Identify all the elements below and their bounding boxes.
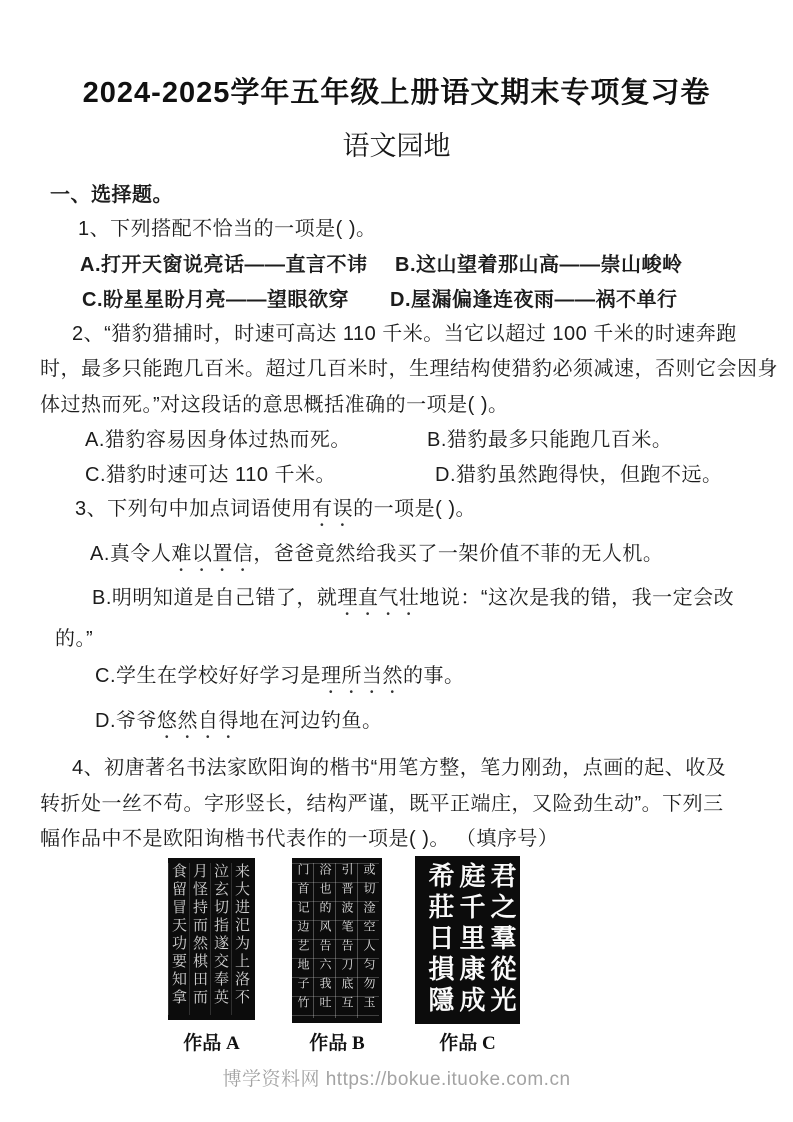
calligraphy-column: 浴也的风告六我吐	[313, 863, 335, 1018]
paper-subtitle: 语文园地	[0, 124, 793, 163]
calligraphy-image-work-b: 或切淦空人匀勿玉 引晋波笔告刀底互 浴也的风告六我吐 门首记边艺地子竹	[292, 858, 382, 1023]
site-watermark: 博学资料网 https://bokue.ituoke.com.cn	[0, 1064, 793, 1091]
q3-stem-pre: 3、下列句中加点词语使用	[75, 498, 312, 520]
work-c-label: 作品 C	[415, 1028, 520, 1055]
q4-line1: 4、初唐著名书法家欧阳询的楷书“用笔方整，笔力刚劲，点画的起、收及	[72, 751, 726, 780]
q1-option-a: A.打开天窗说亮话——直言不讳	[80, 248, 368, 277]
calligraphy-image-work-c: 君之羣從光 庭千里康成 希莊日損隱	[415, 856, 520, 1024]
q2-line2: 时，最多只能跑几百米。超过几百米时，生理结构使猎豹必须减速，否则它会因身	[40, 352, 778, 381]
q1-option-b: B.这山望着那山高——崇山峻岭	[395, 248, 683, 277]
q3-c-pre: C.学生在学校好好学习是	[95, 665, 321, 687]
paper-title: 2024-2025学年五年级上册语文期末专项复习卷	[0, 70, 793, 111]
calligraphy-image-work-a: 来大进汜为上洛不 泣玄切指遂交奉英 月怪持而然棋田而 食留冒天功要知拿	[168, 858, 255, 1020]
work-b-label: 作品 B	[292, 1028, 382, 1055]
q3-a-dotted-word: 难以置信	[171, 543, 253, 565]
q2-option-a: A.猎豹容易因身体过热而死。	[85, 423, 351, 452]
q3-d-pre: D.爷爷	[95, 710, 157, 732]
q3-b-pre: B.明明知道是自己错了，就	[92, 587, 337, 609]
q3-option-b: B.明明知道是自己错了，就理直气壮地说：“这次是我的错，我一定会改	[92, 581, 734, 620]
q2-option-b: B.猎豹最多只能跑几百米。	[427, 423, 672, 452]
q3-option-b-continuation: 的。”	[55, 622, 93, 651]
q4-line2: 转折处一丝不苟。字形竖长，结构严谨，既平正端庄，又险劲生动”。下列三	[40, 787, 724, 816]
calligraphy-column: 庭千里康成	[454, 862, 485, 1018]
q3-option-c: C.学生在学校好好学习是理所当然的事。	[95, 659, 465, 698]
q4-line3: 幅作品中不是欧阳询楷书代表作的一项是( )。 （填序号）	[40, 822, 558, 851]
q3-a-post: ，爸爸竟然给我买了一架价值不菲的无人机。	[253, 543, 663, 565]
calligraphy-column: 来大进汜为上洛不	[231, 863, 252, 1015]
calligraphy-column: 门首记边艺地子竹	[292, 863, 313, 1018]
calligraphy-column: 月怪持而然棋田而	[189, 863, 210, 1015]
q3-c-dotted-word: 理所当然	[321, 665, 403, 687]
q3-d-dotted-word: 悠然自得	[157, 710, 239, 732]
q3-a-pre: A.真令人	[90, 543, 171, 565]
q1-option-d: D.屋漏偏逢连夜雨——祸不单行	[390, 283, 678, 312]
calligraphy-column: 食留冒天功要知拿	[168, 863, 189, 1015]
q3-b-post: 地说：“这次是我的错，我一定会改	[419, 587, 734, 609]
work-a-label: 作品 A	[168, 1028, 255, 1055]
q3-option-d: D.爷爷悠然自得地在河边钓鱼。	[95, 704, 383, 743]
q3-stem-dotted-word: 有误	[312, 498, 353, 520]
q3-stem-post: 的一项是( )。	[353, 498, 476, 520]
q2-line3: 体过热而死。”对这段话的意思概括准确的一项是( )。	[40, 388, 509, 417]
calligraphy-column: 泣玄切指遂交奉英	[210, 863, 231, 1015]
q3-b-dotted-word: 理直气壮	[337, 587, 419, 609]
q1-option-c: C.盼星星盼月亮——望眼欲穿	[82, 283, 349, 312]
calligraphy-column: 希莊日損隱	[423, 862, 454, 1018]
q2-option-d: D.猎豹虽然跑得快，但跑不远。	[435, 458, 723, 487]
section-heading: 一、选择题。	[50, 178, 173, 207]
q2-line1: 2、“猎豹猎捕时，时速可高达 110 千米。当它以超过 100 千米的时速奔跑	[72, 317, 737, 346]
exam-paper-page: 2024-2025学年五年级上册语文期末专项复习卷 语文园地 一、选择题。 1、…	[0, 0, 793, 1122]
calligraphy-column: 引晋波笔告刀底互	[335, 863, 357, 1018]
q3-c-post: 的事。	[403, 665, 465, 687]
q3-stem: 3、下列句中加点词语使用有误的一项是( )。	[75, 492, 476, 531]
calligraphy-column: 或切淦空人匀勿玉	[357, 863, 379, 1018]
q3-d-post: 地在河边钓鱼。	[239, 710, 383, 732]
q1-stem: 1、下列搭配不恰当的一项是( )。	[78, 212, 377, 241]
calligraphy-column: 君之羣從光	[485, 862, 516, 1018]
q2-option-c: C.猎豹时速可达 110 千米。	[85, 458, 336, 487]
q3-option-a: A.真令人难以置信，爸爸竟然给我买了一架价值不菲的无人机。	[90, 537, 663, 576]
